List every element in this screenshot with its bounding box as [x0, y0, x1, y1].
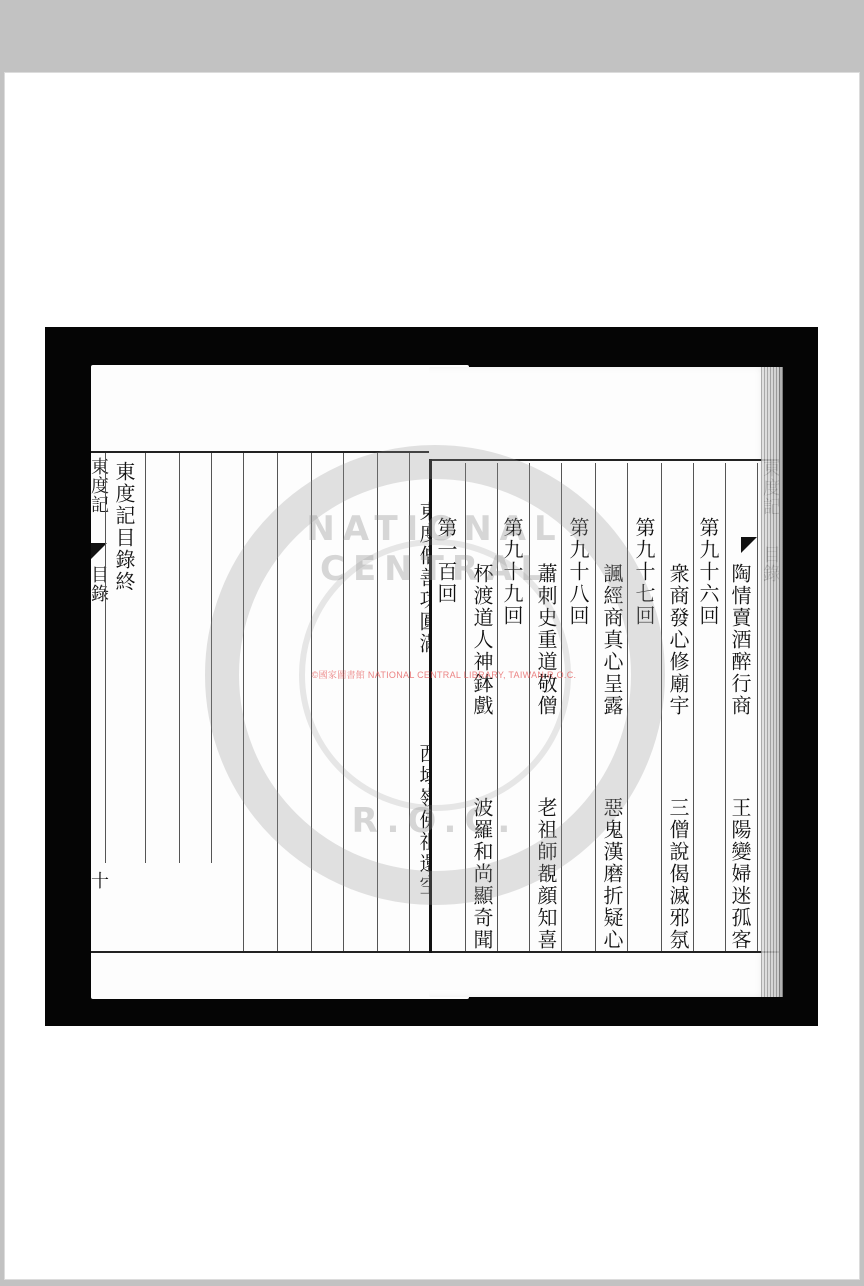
- column-rule: [465, 463, 466, 951]
- library-copyright-watermark: ©國家圖書館 NATIONAL CENTRAL LIBRARY, TAIWAN …: [284, 668, 604, 681]
- column-rule: [693, 463, 694, 951]
- top-frame-line: [429, 459, 779, 461]
- chapter-99-number: 第九十九回: [501, 517, 523, 627]
- column-rule: [145, 453, 146, 863]
- left-fold-page: 十: [87, 871, 109, 890]
- column-rule: [377, 453, 378, 951]
- column-rule: [595, 463, 596, 951]
- column-rule: [243, 453, 244, 951]
- column-rule: [661, 463, 662, 951]
- left-page: 東度記 目錄 十 東度記目錄終 東度僧善功圓滿 西域嶺佛祖還空: [91, 365, 469, 999]
- chapter-100-title-a-right: 杯渡道人神鉢戲: [471, 563, 493, 717]
- column-rule: [343, 453, 344, 951]
- chapter-100-number: 第一百回: [435, 517, 457, 605]
- column-rule: [311, 453, 312, 951]
- chapter-99-title-b: 老祖師覩顔知喜: [535, 797, 557, 951]
- chapter-98-number: 第九十八回: [567, 517, 589, 627]
- spine-edge-line: [429, 459, 432, 953]
- right-page: 第一百回 杯渡道人神鉢戲 波羅和尚顯奇聞 第九十九回 蕭刺史重道敬僧 老祖師覩顔…: [429, 367, 779, 997]
- column-rule: [627, 463, 628, 951]
- chapter-98-title-b: 惡鬼漢磨折疑心: [601, 797, 623, 951]
- column-rule: [757, 463, 758, 951]
- chapter-99-title-a: 蕭刺史重道敬僧: [535, 563, 557, 717]
- end-of-contents-note: 東度記目錄終: [113, 461, 135, 593]
- column-rule: [105, 453, 106, 863]
- column-rule: [179, 453, 180, 863]
- bottom-frame-line: [429, 951, 779, 953]
- chapter-96-title-a: 陶情賣酒醉行商: [729, 563, 751, 717]
- page-edge-texture: [761, 367, 783, 997]
- top-frame-line: [91, 451, 469, 453]
- fish-tail-mark: [741, 537, 757, 553]
- chapter-97-title-b: 三僧說偈滅邪氛: [667, 797, 689, 951]
- column-rule: [561, 463, 562, 951]
- chapter-97-number: 第九十七回: [633, 517, 655, 627]
- column-rule: [277, 453, 278, 951]
- column-rule: [211, 453, 212, 863]
- chapter-100-title-b-right: 波羅和尚顯奇聞: [471, 797, 493, 951]
- chapter-97-title-a: 衆商發心修廟宇: [667, 563, 689, 717]
- column-rule: [725, 463, 726, 951]
- chapter-98-title-a: 諷經商真心呈露: [601, 563, 623, 717]
- chapter-96-number: 第九十六回: [697, 517, 719, 627]
- column-rule: [529, 463, 530, 951]
- column-rule: [497, 463, 498, 951]
- chapter-96-title-b: 王陽變婦迷孤客: [729, 797, 751, 951]
- bottom-frame-line: [91, 951, 469, 953]
- column-rule: [409, 453, 410, 951]
